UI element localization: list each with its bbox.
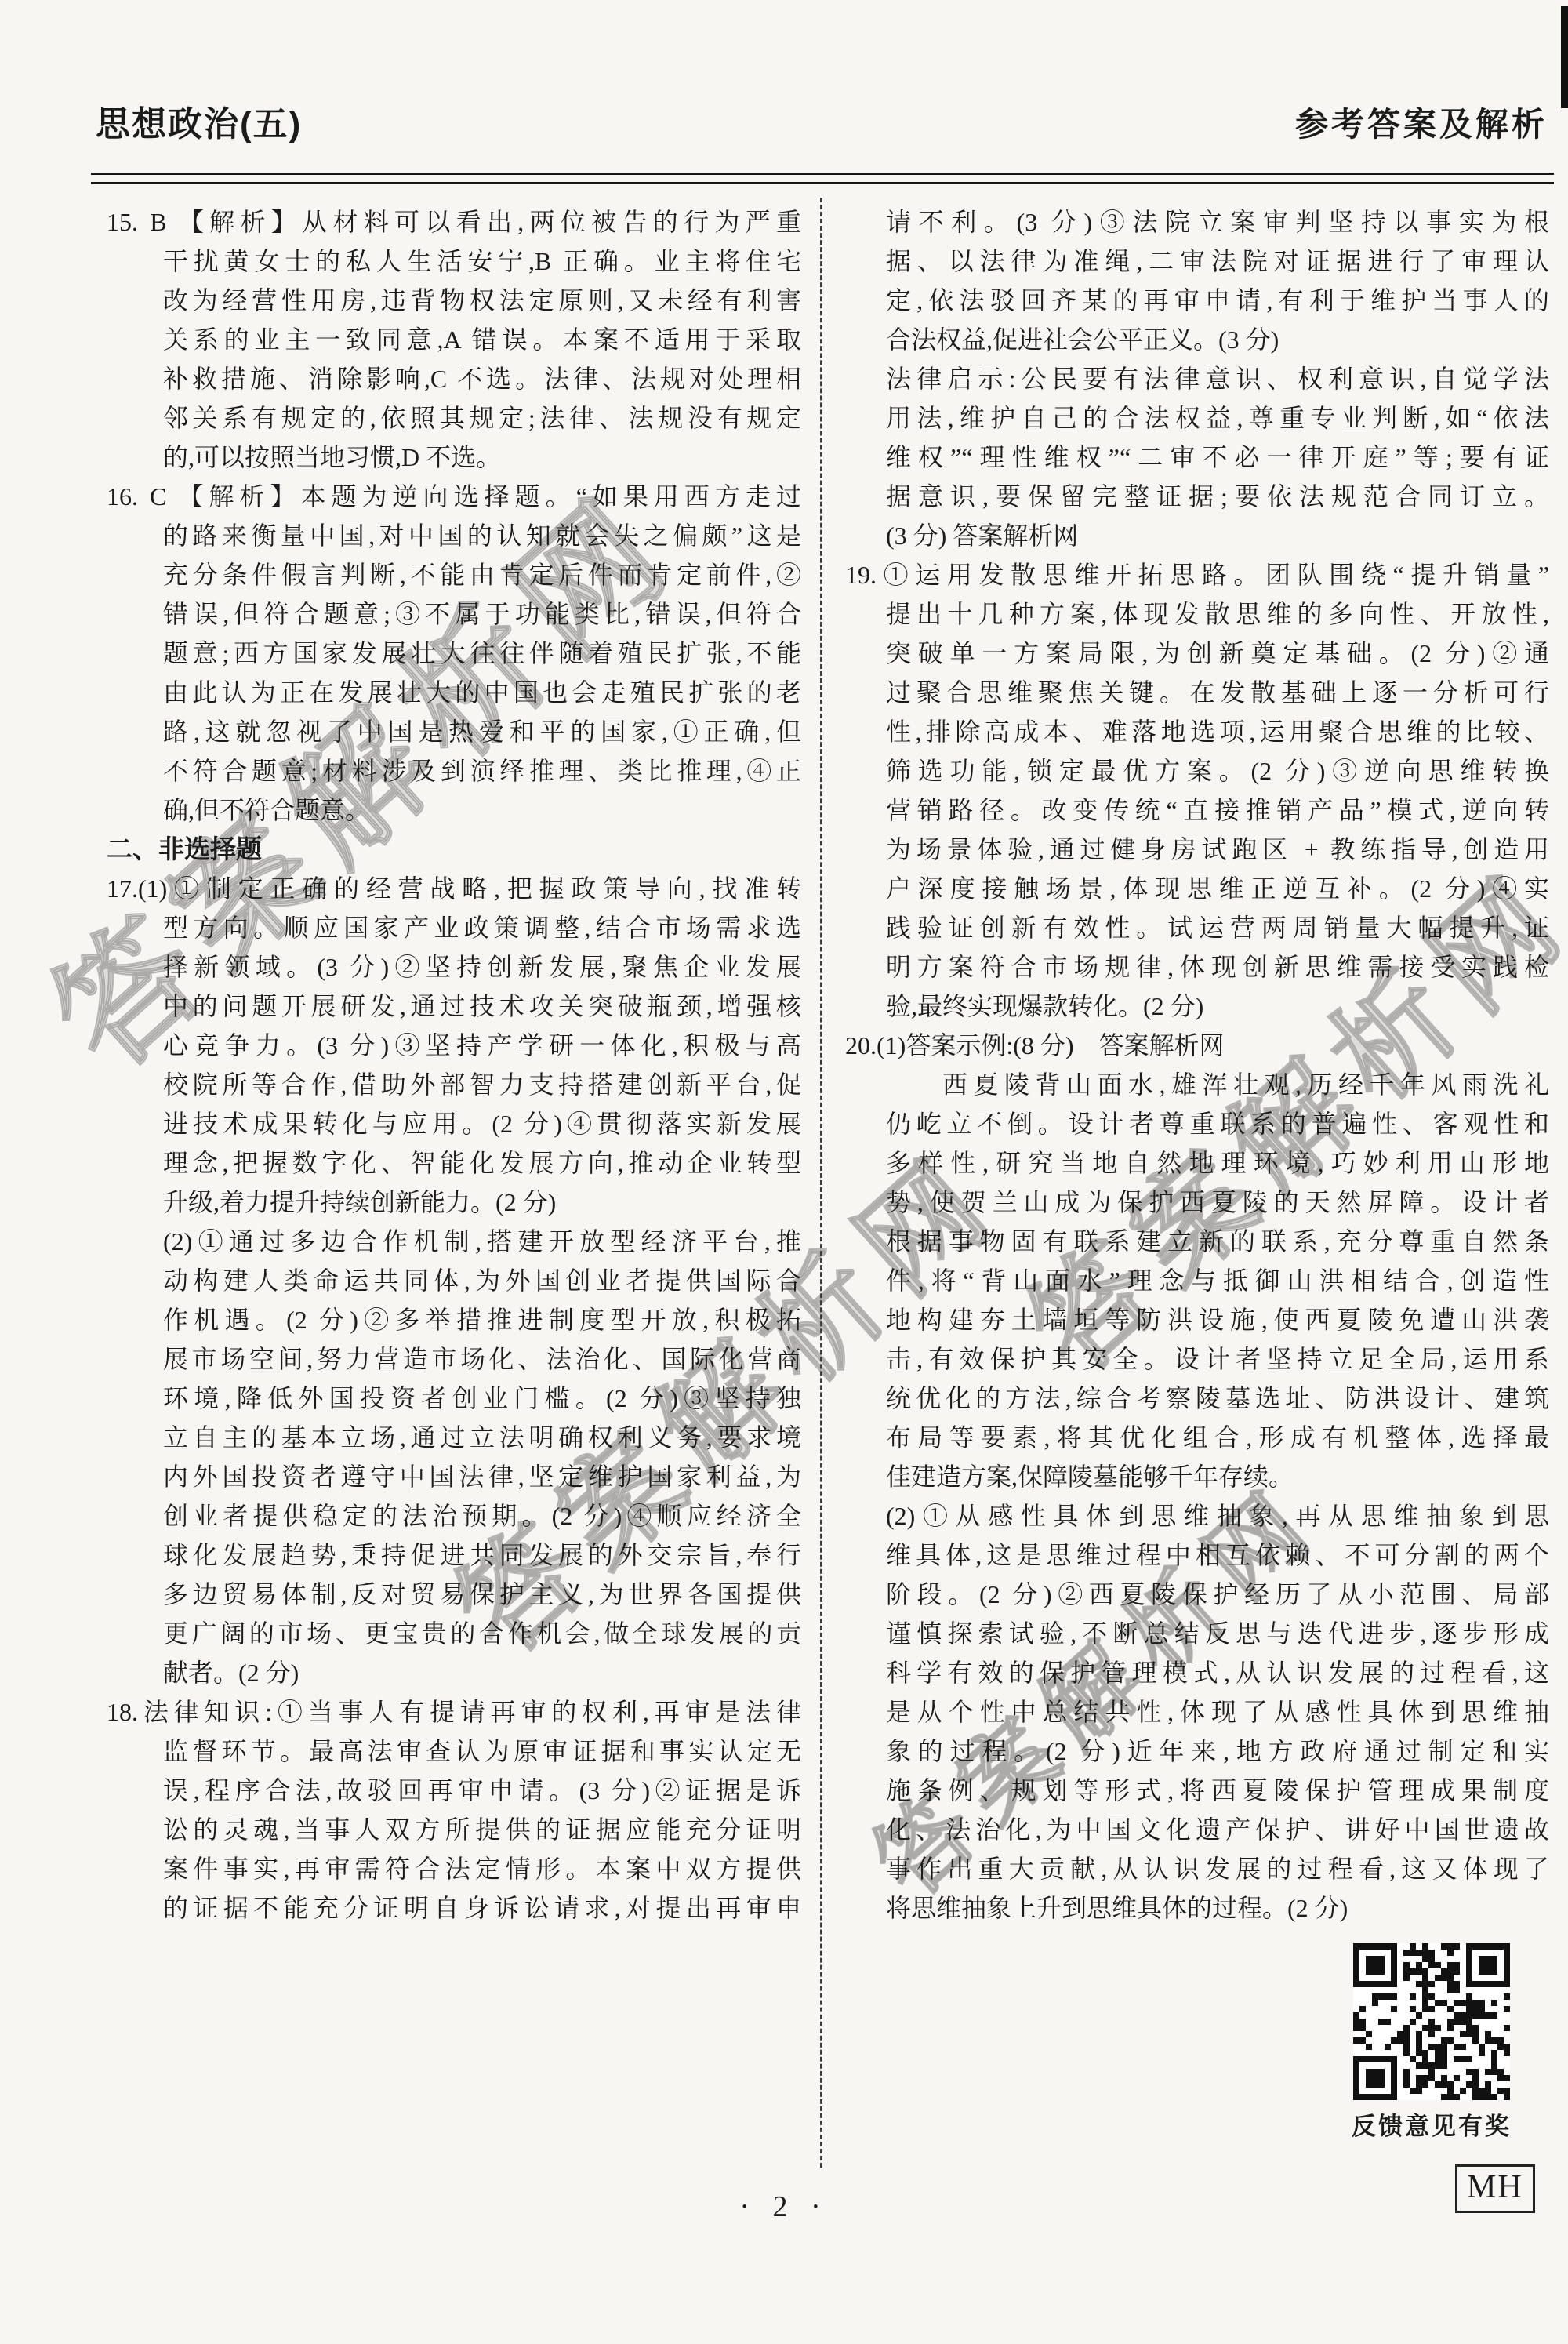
qr-module bbox=[1472, 1943, 1479, 1950]
text-line: 突破单一方案局限,为创新奠定基础。(2 分)②通 bbox=[845, 634, 1549, 673]
qr-module bbox=[1422, 1975, 1428, 1981]
qr-module bbox=[1485, 2006, 1491, 2012]
qr-module bbox=[1491, 2088, 1497, 2094]
qr-module bbox=[1460, 2062, 1466, 2069]
text-line: 理念,把握数字化、智能化发展方向,推动企业转型 bbox=[107, 1143, 801, 1183]
qr-module bbox=[1497, 2094, 1504, 2100]
qr-module bbox=[1428, 1950, 1435, 1956]
qr-module bbox=[1353, 2025, 1359, 2031]
qr-module bbox=[1403, 2062, 1410, 2069]
text-line: 请不利。(3 分)③法院立案审判坚持以事实为根 bbox=[845, 202, 1549, 242]
qr-module bbox=[1378, 2081, 1385, 2088]
qr-module bbox=[1385, 1956, 1391, 1962]
qr-module bbox=[1472, 2094, 1479, 2100]
qr-module bbox=[1447, 1968, 1454, 1975]
qr-module bbox=[1497, 2050, 1504, 2056]
qr-module bbox=[1416, 2000, 1422, 2006]
qr-module bbox=[1485, 1956, 1491, 1962]
text-line: 二、非选择题 bbox=[107, 830, 801, 869]
text-line: 校院所等合作,借助外部智力支持搭建创新平台,促 bbox=[107, 1065, 801, 1104]
qr-module bbox=[1359, 2094, 1366, 2100]
qr-module bbox=[1441, 2094, 1447, 2100]
qr-module bbox=[1435, 2075, 1441, 2081]
text-line: 升级,着力提升持续创新能力。(2 分) bbox=[107, 1183, 801, 1222]
qr-module bbox=[1441, 1981, 1447, 1987]
qr-module bbox=[1447, 2069, 1454, 2075]
qr-module bbox=[1359, 1993, 1366, 2000]
qr-module bbox=[1378, 2031, 1385, 2037]
qr-module bbox=[1410, 1987, 1416, 1993]
qr-module bbox=[1428, 1981, 1435, 1987]
qr-module bbox=[1366, 1950, 1372, 1956]
qr-module bbox=[1378, 1987, 1385, 1993]
text-line: 19.①运用发散思维开拓思路。团队围绕“提升销量” bbox=[845, 555, 1549, 594]
qr-module bbox=[1504, 1943, 1510, 1950]
qr-module bbox=[1454, 1962, 1460, 1968]
qr-module bbox=[1397, 2050, 1403, 2056]
qr-module bbox=[1479, 1950, 1485, 1956]
qr-module bbox=[1485, 2062, 1491, 2069]
qr-module bbox=[1466, 1962, 1472, 1968]
qr-module bbox=[1366, 2062, 1372, 2069]
answer-column-right: 请不利。(3 分)③法院立案审判坚持以事实为根据、以法律为准绳,二审法院对证据进… bbox=[845, 202, 1549, 1928]
text-line: 将思维抽象上升到思维具体的过程。(2 分) bbox=[845, 1888, 1549, 1928]
qr-module bbox=[1504, 2069, 1510, 2075]
qr-module bbox=[1366, 2006, 1372, 2012]
qr-module bbox=[1454, 1950, 1460, 1956]
qr-module bbox=[1416, 2081, 1422, 2088]
qr-module bbox=[1435, 2050, 1441, 2056]
qr-module bbox=[1428, 2025, 1435, 2031]
qr-module bbox=[1504, 1968, 1510, 1975]
qr-module bbox=[1497, 1968, 1504, 1975]
qr-module bbox=[1385, 1962, 1391, 1968]
qr-module bbox=[1472, 1981, 1479, 1987]
qr-module bbox=[1454, 2044, 1460, 2050]
qr-module bbox=[1422, 2062, 1428, 2069]
qr-module bbox=[1353, 1943, 1359, 1950]
qr-module bbox=[1491, 2000, 1497, 2006]
text-line: 性,排除高成本、难落地选项,运用聚合思维的比较、 bbox=[845, 712, 1549, 751]
qr-module bbox=[1491, 2037, 1497, 2044]
qr-module bbox=[1410, 2062, 1416, 2069]
text-line: 20.(1)答案示例:(8 分) 答案解析网 bbox=[845, 1026, 1549, 1065]
qr-module bbox=[1491, 1943, 1497, 1950]
qr-module bbox=[1403, 2006, 1410, 2012]
qr-module bbox=[1385, 1968, 1391, 1975]
qr-module bbox=[1460, 2069, 1466, 2075]
qr-module bbox=[1416, 2062, 1422, 2069]
qr-module bbox=[1454, 1943, 1460, 1950]
qr-module bbox=[1416, 1993, 1422, 2000]
qr-module bbox=[1472, 2062, 1479, 2069]
page-number: · 2 · bbox=[0, 2190, 1568, 2224]
text-line: 作机遇。(2 分)②多举措推进制度型开放,积极拓 bbox=[107, 1300, 801, 1339]
qr-module bbox=[1466, 2081, 1472, 2088]
qr-module bbox=[1497, 2025, 1504, 2031]
qr-module bbox=[1378, 1975, 1385, 1981]
qr-module bbox=[1504, 2006, 1510, 2012]
text-line: 的证据不能充分证明自身诉讼请求,对提出再审申 bbox=[107, 1888, 801, 1928]
text-line: (2)①从感性具体到思维抽象,再从思维抽象到思 bbox=[845, 1496, 1549, 1535]
scan-artifact bbox=[1561, 6, 1568, 108]
qr-module bbox=[1372, 2000, 1378, 2006]
qr-module bbox=[1460, 2094, 1466, 2100]
qr-module bbox=[1372, 2044, 1378, 2050]
qr-module bbox=[1466, 2062, 1472, 2069]
text-line: 补救措施、消除影响,C 不选。法律、法规对处理相 bbox=[107, 359, 801, 398]
text-line: 布局等要素,将其优化组合,形成有机整体,选择最 bbox=[845, 1418, 1549, 1457]
qr-module bbox=[1403, 2025, 1410, 2031]
qr-module bbox=[1410, 1981, 1416, 1987]
qr-module bbox=[1460, 2050, 1466, 2056]
qr-module bbox=[1428, 2094, 1435, 2100]
qr-module bbox=[1385, 1987, 1391, 1993]
qr-module bbox=[1472, 2019, 1479, 2025]
qr-module bbox=[1485, 2044, 1491, 2050]
qr-module bbox=[1385, 2012, 1391, 2019]
qr-module bbox=[1435, 2006, 1441, 2012]
qr-module bbox=[1466, 2088, 1472, 2094]
qr-module bbox=[1491, 1962, 1497, 1968]
qr-module bbox=[1454, 2056, 1460, 2062]
qr-module bbox=[1366, 2025, 1372, 2031]
text-line: 路,这就忽视了中国是热爱和平的国家,①正确,但 bbox=[107, 712, 801, 751]
qr-module bbox=[1428, 1943, 1435, 1950]
text-line: 定,依法驳回齐某的再审申请,有利于维护当事人的 bbox=[845, 281, 1549, 320]
qr-module bbox=[1441, 2088, 1447, 2094]
qr-module bbox=[1359, 2069, 1366, 2075]
qr-module bbox=[1472, 2069, 1479, 2075]
text-line: 法律启示:公民要有法律意识、权利意识,自觉学法 bbox=[845, 359, 1549, 398]
qr-module bbox=[1447, 1993, 1454, 2000]
qr-module bbox=[1447, 2094, 1454, 2100]
qr-module bbox=[1504, 2031, 1510, 2037]
qr-module bbox=[1428, 1962, 1435, 1968]
qr-module bbox=[1485, 2031, 1491, 2037]
qr-module bbox=[1378, 1981, 1385, 1987]
qr-module bbox=[1441, 2019, 1447, 2025]
qr-module bbox=[1422, 2088, 1428, 2094]
qr-module bbox=[1385, 2094, 1391, 2100]
qr-module bbox=[1466, 2000, 1472, 2006]
qr-module bbox=[1435, 2081, 1441, 2088]
qr-module bbox=[1372, 2031, 1378, 2037]
qr-caption: 反馈意见有奖 bbox=[1333, 2106, 1530, 2142]
qr-module bbox=[1391, 1975, 1397, 1981]
qr-module bbox=[1359, 2000, 1366, 2006]
qr-module bbox=[1441, 1975, 1447, 1981]
text-line: 地构建夯土墙垣等防洪设施,使西夏陵免遭山洪袭 bbox=[845, 1300, 1549, 1339]
qr-module bbox=[1435, 2031, 1441, 2037]
qr-module bbox=[1359, 1956, 1366, 1962]
text-line: 象的过程。(2 分)近年来,地方政府通过制定和实 bbox=[845, 1732, 1549, 1771]
qr-module bbox=[1504, 2081, 1510, 2088]
qr-module bbox=[1479, 1993, 1485, 2000]
text-line: 充分条件假言判断,不能由肯定后件而肯定前件,② bbox=[107, 555, 801, 594]
qr-module bbox=[1472, 1950, 1479, 1956]
qr-module bbox=[1397, 1956, 1403, 1962]
qr-module bbox=[1466, 2019, 1472, 2025]
qr-module bbox=[1397, 1950, 1403, 1956]
qr-module bbox=[1366, 1968, 1372, 1975]
qr-module bbox=[1403, 1975, 1410, 1981]
qr-module bbox=[1485, 2019, 1491, 2025]
qr-module bbox=[1497, 2019, 1504, 2025]
qr-module bbox=[1479, 1987, 1485, 1993]
qr-module bbox=[1428, 2050, 1435, 2056]
qr-module bbox=[1491, 1956, 1497, 1962]
qr-module bbox=[1447, 2050, 1454, 2056]
text-line: 户深度接触场景,体现思维正逆互补。(2 分)④实 bbox=[845, 869, 1549, 908]
text-line: 维权”“理性维权”“二审不必一律开庭”等;要有证 bbox=[845, 438, 1549, 477]
qr-module bbox=[1428, 2075, 1435, 2081]
qr-module bbox=[1497, 2069, 1504, 2075]
qr-module bbox=[1479, 2000, 1485, 2006]
qr-module bbox=[1359, 2019, 1366, 2025]
qr-module bbox=[1391, 1950, 1397, 1956]
qr-module bbox=[1422, 1968, 1428, 1975]
qr-module bbox=[1504, 2044, 1510, 2050]
qr-module bbox=[1378, 1950, 1385, 1956]
qr-module bbox=[1497, 1993, 1504, 2000]
qr-module bbox=[1479, 1975, 1485, 1981]
qr-module bbox=[1428, 2044, 1435, 2050]
qr-module bbox=[1447, 2062, 1454, 2069]
qr-module bbox=[1416, 1962, 1422, 1968]
qr-module bbox=[1378, 1962, 1385, 1968]
qr-module bbox=[1410, 1962, 1416, 1968]
qr-module bbox=[1422, 2056, 1428, 2062]
qr-module bbox=[1422, 2025, 1428, 2031]
qr-module bbox=[1422, 1950, 1428, 1956]
qr-module bbox=[1378, 2094, 1385, 2100]
text-line: 的,可以按照当地习惯,D 不选。 bbox=[107, 438, 801, 477]
qr-module bbox=[1435, 1956, 1441, 1962]
qr-module bbox=[1504, 1956, 1510, 1962]
qr-module bbox=[1441, 1987, 1447, 1993]
qr-module bbox=[1447, 2012, 1454, 2019]
qr-module bbox=[1472, 2006, 1479, 2012]
qr-module bbox=[1472, 1993, 1479, 2000]
qr-module bbox=[1397, 1987, 1403, 1993]
qr-module bbox=[1372, 2075, 1378, 2081]
qr-module bbox=[1497, 1956, 1504, 1962]
qr-module bbox=[1441, 1993, 1447, 2000]
qr-module bbox=[1454, 2000, 1460, 2006]
qr-module bbox=[1454, 2050, 1460, 2056]
qr-module bbox=[1466, 1956, 1472, 1962]
qr-module bbox=[1460, 1956, 1466, 1962]
text-line: 15. B 【解析】从材料可以看出,两位被告的行为严重 bbox=[107, 202, 801, 242]
qr-module bbox=[1385, 2088, 1391, 2094]
qr-module bbox=[1416, 1943, 1422, 1950]
qr-module bbox=[1491, 2044, 1497, 2050]
qr-module bbox=[1497, 1981, 1504, 1987]
qr-module bbox=[1454, 1993, 1460, 2000]
qr-module bbox=[1353, 2056, 1359, 2062]
qr-module bbox=[1353, 2031, 1359, 2037]
qr-module bbox=[1359, 1962, 1366, 1968]
qr-module bbox=[1391, 1943, 1397, 1950]
qr-module bbox=[1416, 2031, 1422, 2037]
qr-module bbox=[1391, 1968, 1397, 1975]
qr-module bbox=[1504, 1981, 1510, 1987]
qr-module bbox=[1397, 2081, 1403, 2088]
qr-module bbox=[1403, 2075, 1410, 2081]
qr-module bbox=[1447, 2031, 1454, 2037]
text-line: 中的问题开展研发,通过技术攻关突破瓶颈,增强核 bbox=[107, 987, 801, 1026]
qr-module bbox=[1397, 2006, 1403, 2012]
qr-module bbox=[1410, 2006, 1416, 2012]
qr-module bbox=[1410, 1956, 1416, 1962]
qr-module bbox=[1460, 1962, 1466, 1968]
qr-module bbox=[1460, 1993, 1466, 2000]
qr-module bbox=[1491, 2069, 1497, 2075]
qr-module bbox=[1359, 2056, 1366, 2062]
text-line: 献者。(2 分) bbox=[107, 1653, 801, 1692]
qr-module bbox=[1441, 1968, 1447, 1975]
qr-module bbox=[1359, 1950, 1366, 1956]
text-line: 创业者提供稳定的法治预期。(2 分)④顺应经济全 bbox=[107, 1496, 801, 1535]
qr-module bbox=[1441, 2006, 1447, 2012]
qr-module bbox=[1497, 1975, 1504, 1981]
qr-module bbox=[1472, 2044, 1479, 2050]
qr-module bbox=[1422, 2081, 1428, 2088]
qr-module bbox=[1504, 2050, 1510, 2056]
text-line: 展市场空间,努力营造市场化、法治化、国际化营商 bbox=[107, 1339, 801, 1379]
qr-module bbox=[1435, 1943, 1441, 1950]
qr-module bbox=[1485, 1981, 1491, 1987]
qr-module bbox=[1385, 2025, 1391, 2031]
qr-module bbox=[1391, 1987, 1397, 1993]
qr-module bbox=[1504, 1950, 1510, 1956]
qr-module bbox=[1435, 2012, 1441, 2019]
qr-module bbox=[1359, 2050, 1366, 2056]
qr-module bbox=[1460, 2075, 1466, 2081]
qr-module bbox=[1391, 1956, 1397, 1962]
qr-module bbox=[1466, 2075, 1472, 2081]
qr-module bbox=[1460, 2019, 1466, 2025]
qr-module bbox=[1485, 2012, 1491, 2019]
qr-module bbox=[1359, 2044, 1366, 2050]
qr-module bbox=[1397, 2056, 1403, 2062]
qr-module bbox=[1416, 2019, 1422, 2025]
qr-module bbox=[1454, 2031, 1460, 2037]
qr-module bbox=[1397, 2012, 1403, 2019]
text-line: 18.法律知识:①当事人有提请再审的权利,再审是法律 bbox=[107, 1692, 801, 1732]
qr-module bbox=[1491, 2006, 1497, 2012]
qr-module bbox=[1422, 1962, 1428, 1968]
text-line: 阶段。(2 分)②西夏陵保护经历了从小范围、局部 bbox=[845, 1575, 1549, 1614]
text-line: 击,有效保护其安全。设计者坚持立足全局,运用系 bbox=[845, 1339, 1549, 1379]
qr-module bbox=[1366, 2012, 1372, 2019]
qr-module bbox=[1385, 2006, 1391, 2012]
qr-module bbox=[1447, 2037, 1454, 2044]
qr-module bbox=[1378, 2075, 1385, 2081]
qr-module bbox=[1422, 2019, 1428, 2025]
qr-module bbox=[1479, 2025, 1485, 2031]
qr-module bbox=[1491, 1968, 1497, 1975]
qr-module bbox=[1479, 2037, 1485, 2044]
qr-module bbox=[1397, 1943, 1403, 1950]
qr-module bbox=[1372, 2094, 1378, 2100]
qr-module bbox=[1422, 2094, 1428, 2100]
text-line: 佳建造方案,保障陵墓能够千年存续。 bbox=[845, 1457, 1549, 1496]
qr-module bbox=[1460, 1950, 1466, 1956]
qr-module bbox=[1359, 2062, 1366, 2069]
qr-module bbox=[1397, 2044, 1403, 2050]
text-line: 件,将“背山面水”理念与抵御山洪相结合,创造性 bbox=[845, 1261, 1549, 1300]
qr-module bbox=[1378, 2088, 1385, 2094]
qr-module bbox=[1435, 2019, 1441, 2025]
qr-module bbox=[1422, 1956, 1428, 1962]
qr-module bbox=[1447, 2025, 1454, 2031]
qr-module bbox=[1372, 1987, 1378, 1993]
qr-module bbox=[1504, 1962, 1510, 1968]
qr-module bbox=[1504, 1975, 1510, 1981]
qr-module bbox=[1491, 1993, 1497, 2000]
qr-module bbox=[1372, 2012, 1378, 2019]
text-line: (3 分) 答案解析网 bbox=[845, 516, 1549, 555]
qr-module bbox=[1454, 1981, 1460, 1987]
qr-module bbox=[1391, 2056, 1397, 2062]
qr-module bbox=[1378, 2044, 1385, 2050]
qr-module bbox=[1422, 2075, 1428, 2081]
qr-module bbox=[1416, 1956, 1422, 1962]
qr-module bbox=[1372, 2037, 1378, 2044]
qr-module bbox=[1416, 2094, 1422, 2100]
qr-module bbox=[1485, 2069, 1491, 2075]
qr-module bbox=[1435, 1962, 1441, 1968]
qr-module bbox=[1366, 2069, 1372, 2075]
qr-module bbox=[1491, 1987, 1497, 1993]
qr-module bbox=[1359, 2031, 1366, 2037]
qr-module bbox=[1353, 2006, 1359, 2012]
qr-module bbox=[1441, 1956, 1447, 1962]
qr-module bbox=[1428, 1987, 1435, 1993]
qr-module bbox=[1472, 2081, 1479, 2088]
qr-module bbox=[1410, 2081, 1416, 2088]
qr-module bbox=[1479, 2050, 1485, 2056]
qr-module bbox=[1497, 2056, 1504, 2062]
qr-module bbox=[1391, 2006, 1397, 2012]
qr-module bbox=[1410, 1975, 1416, 1981]
qr-module bbox=[1410, 2094, 1416, 2100]
qr-module bbox=[1422, 1943, 1428, 1950]
qr-module bbox=[1479, 2075, 1485, 2081]
qr-module bbox=[1353, 2088, 1359, 2094]
qr-module bbox=[1466, 1943, 1472, 1950]
qr-module bbox=[1447, 1981, 1454, 1987]
qr-module bbox=[1372, 1981, 1378, 1987]
qr-module bbox=[1410, 1993, 1416, 2000]
qr-module bbox=[1428, 1968, 1435, 1975]
qr-module bbox=[1366, 1956, 1372, 1962]
qr-module bbox=[1403, 1943, 1410, 1950]
qr-module bbox=[1466, 2050, 1472, 2056]
qr-module bbox=[1353, 1950, 1359, 1956]
qr-module bbox=[1472, 2012, 1479, 2019]
qr-module bbox=[1366, 2019, 1372, 2025]
qr-module bbox=[1435, 1975, 1441, 1981]
qr-module bbox=[1385, 2081, 1391, 2088]
qr-module bbox=[1359, 2006, 1366, 2012]
qr-module bbox=[1485, 1968, 1491, 1975]
qr-module bbox=[1460, 2044, 1466, 2050]
qr-module bbox=[1372, 2056, 1378, 2062]
qr-module bbox=[1359, 2075, 1366, 2081]
